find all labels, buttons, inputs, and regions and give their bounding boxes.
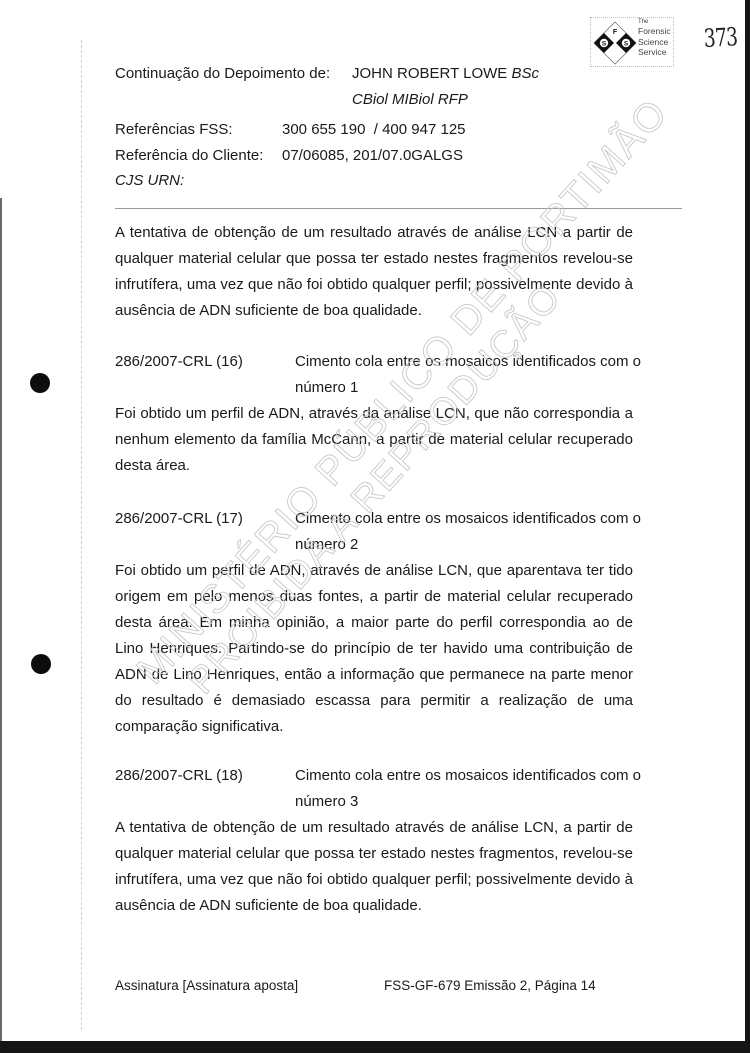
logo-prefix: The (638, 19, 671, 26)
svg-text:S: S (624, 41, 629, 48)
deponent-name: JOHN ROBERT LOWE (352, 65, 507, 82)
punch-hole-bottom (31, 654, 51, 674)
scan-edge-bottom (0, 1041, 750, 1053)
logo-line-1: Forensic (638, 26, 671, 36)
item-finding-18: A tentativa de obtenção de um resultado … (115, 815, 633, 919)
fss-ref-label: Referências FSS: (115, 121, 233, 139)
deponent-quals-1: BSc (511, 65, 539, 82)
punch-hole-top (30, 373, 50, 393)
header-separator (115, 208, 682, 209)
logo-line-2: Science (638, 37, 668, 47)
item-ref-16: 286/2007-CRL (16) (115, 349, 243, 375)
svg-text:F: F (613, 29, 618, 36)
deponent-name-line: JOHN ROBERT LOWE BSc (352, 65, 539, 83)
handwritten-page-number: 373 (703, 22, 738, 53)
scan-edge-left (0, 198, 2, 1041)
deponent-quals-2: CBiol MIBiol RFP (352, 91, 468, 109)
footer-form-info: FSS-GF-679 Emissão 2, Página 14 (384, 978, 596, 994)
logo-wordmark: The Forensic Science Service (638, 19, 671, 58)
item-desc-16: Cimento cola entre os mosaicos identific… (295, 349, 645, 401)
document-page: F S S The Forensic Science Service 373 C… (0, 0, 750, 1053)
margin-rule (81, 40, 82, 1030)
fss-emblem-icon: F S S (593, 21, 637, 65)
footer-signature: Assinatura [Assinatura aposta] (115, 978, 298, 994)
logo-line-3: Service (638, 47, 666, 57)
deponent-label: Continuação do Depoimento de: (115, 65, 330, 83)
item-desc-18: Cimento cola entre os mosaicos identific… (295, 763, 645, 815)
item-ref-18: 286/2007-CRL (18) (115, 763, 243, 789)
fss-logo: F S S The Forensic Science Service (590, 17, 674, 67)
item-finding-16: Foi obtido um perfil de ADN, através da … (115, 401, 633, 479)
item-desc-17: Cimento cola entre os mosaicos identific… (295, 506, 645, 558)
cjs-urn-label: CJS URN: (115, 172, 184, 190)
fss-ref-value: 300 655 190 / 400 947 125 (282, 121, 466, 139)
item-ref-17: 286/2007-CRL (17) (115, 506, 243, 532)
scan-edge-right (745, 0, 750, 1053)
client-ref-label: Referência do Cliente: (115, 147, 263, 165)
svg-text:S: S (602, 41, 607, 48)
item-finding-17: Foi obtido um perfil de ADN, através de … (115, 558, 633, 740)
intro-paragraph: A tentativa de obtenção de um resultado … (115, 220, 633, 324)
client-ref-value: 07/06085, 201/07.0GALGS (282, 147, 463, 165)
